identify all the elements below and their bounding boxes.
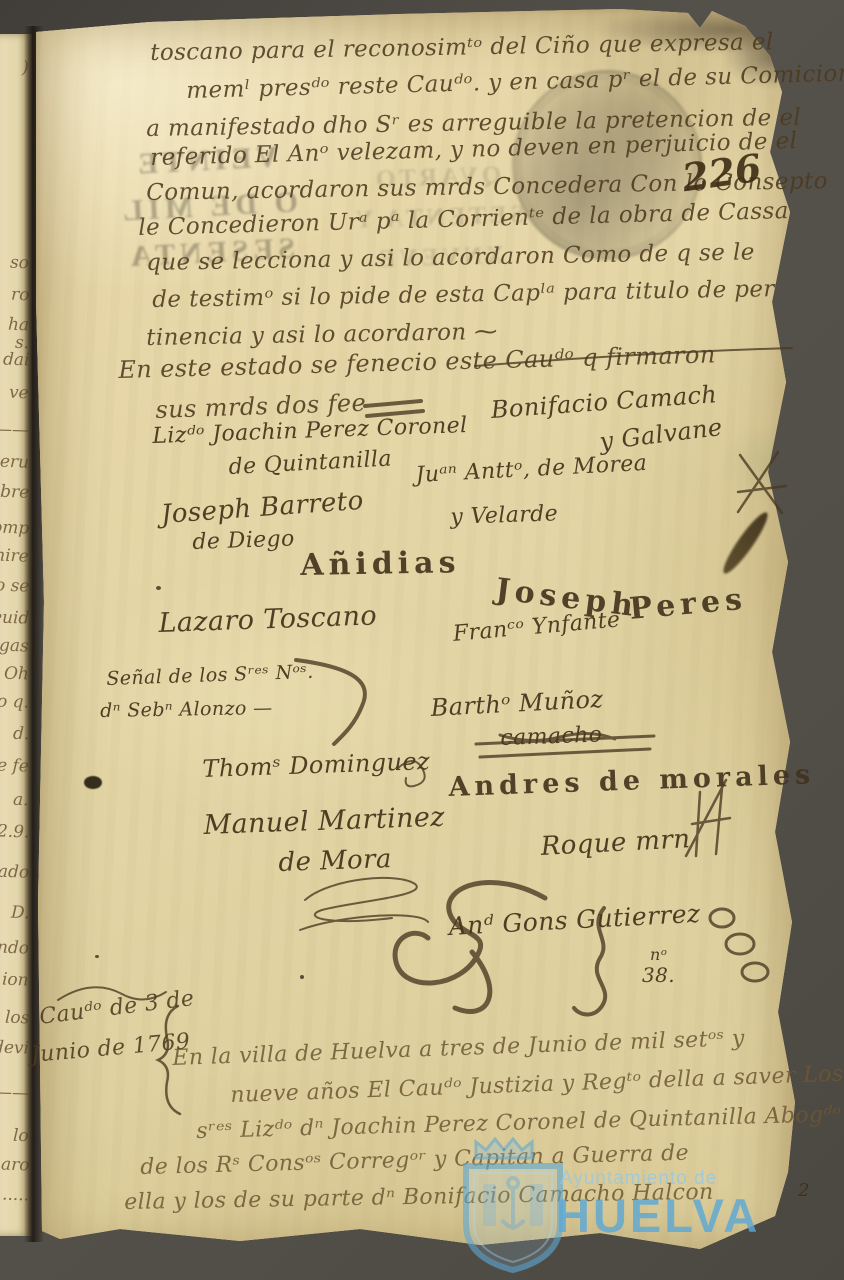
signature: de Diego [192, 526, 295, 555]
paper-discoloration [722, 424, 826, 502]
signature: Añidias [300, 545, 461, 583]
ink-speck [156, 586, 161, 590]
signature: 2 [798, 1180, 810, 1201]
ink-speck [95, 955, 99, 958]
signature: nᵒ [650, 945, 667, 964]
signature: dⁿ Sebⁿ Alonzo — [100, 697, 273, 722]
signature: de Mora [278, 844, 392, 878]
signature: 38. [642, 963, 675, 987]
signature: y Velarde [450, 501, 558, 530]
ink-speck [300, 975, 304, 979]
signature: camacho [500, 722, 603, 751]
manuscript-scan: { "scene": { "background_color": "#4f4b4… [0, 0, 844, 1280]
ink-blot [84, 776, 102, 789]
